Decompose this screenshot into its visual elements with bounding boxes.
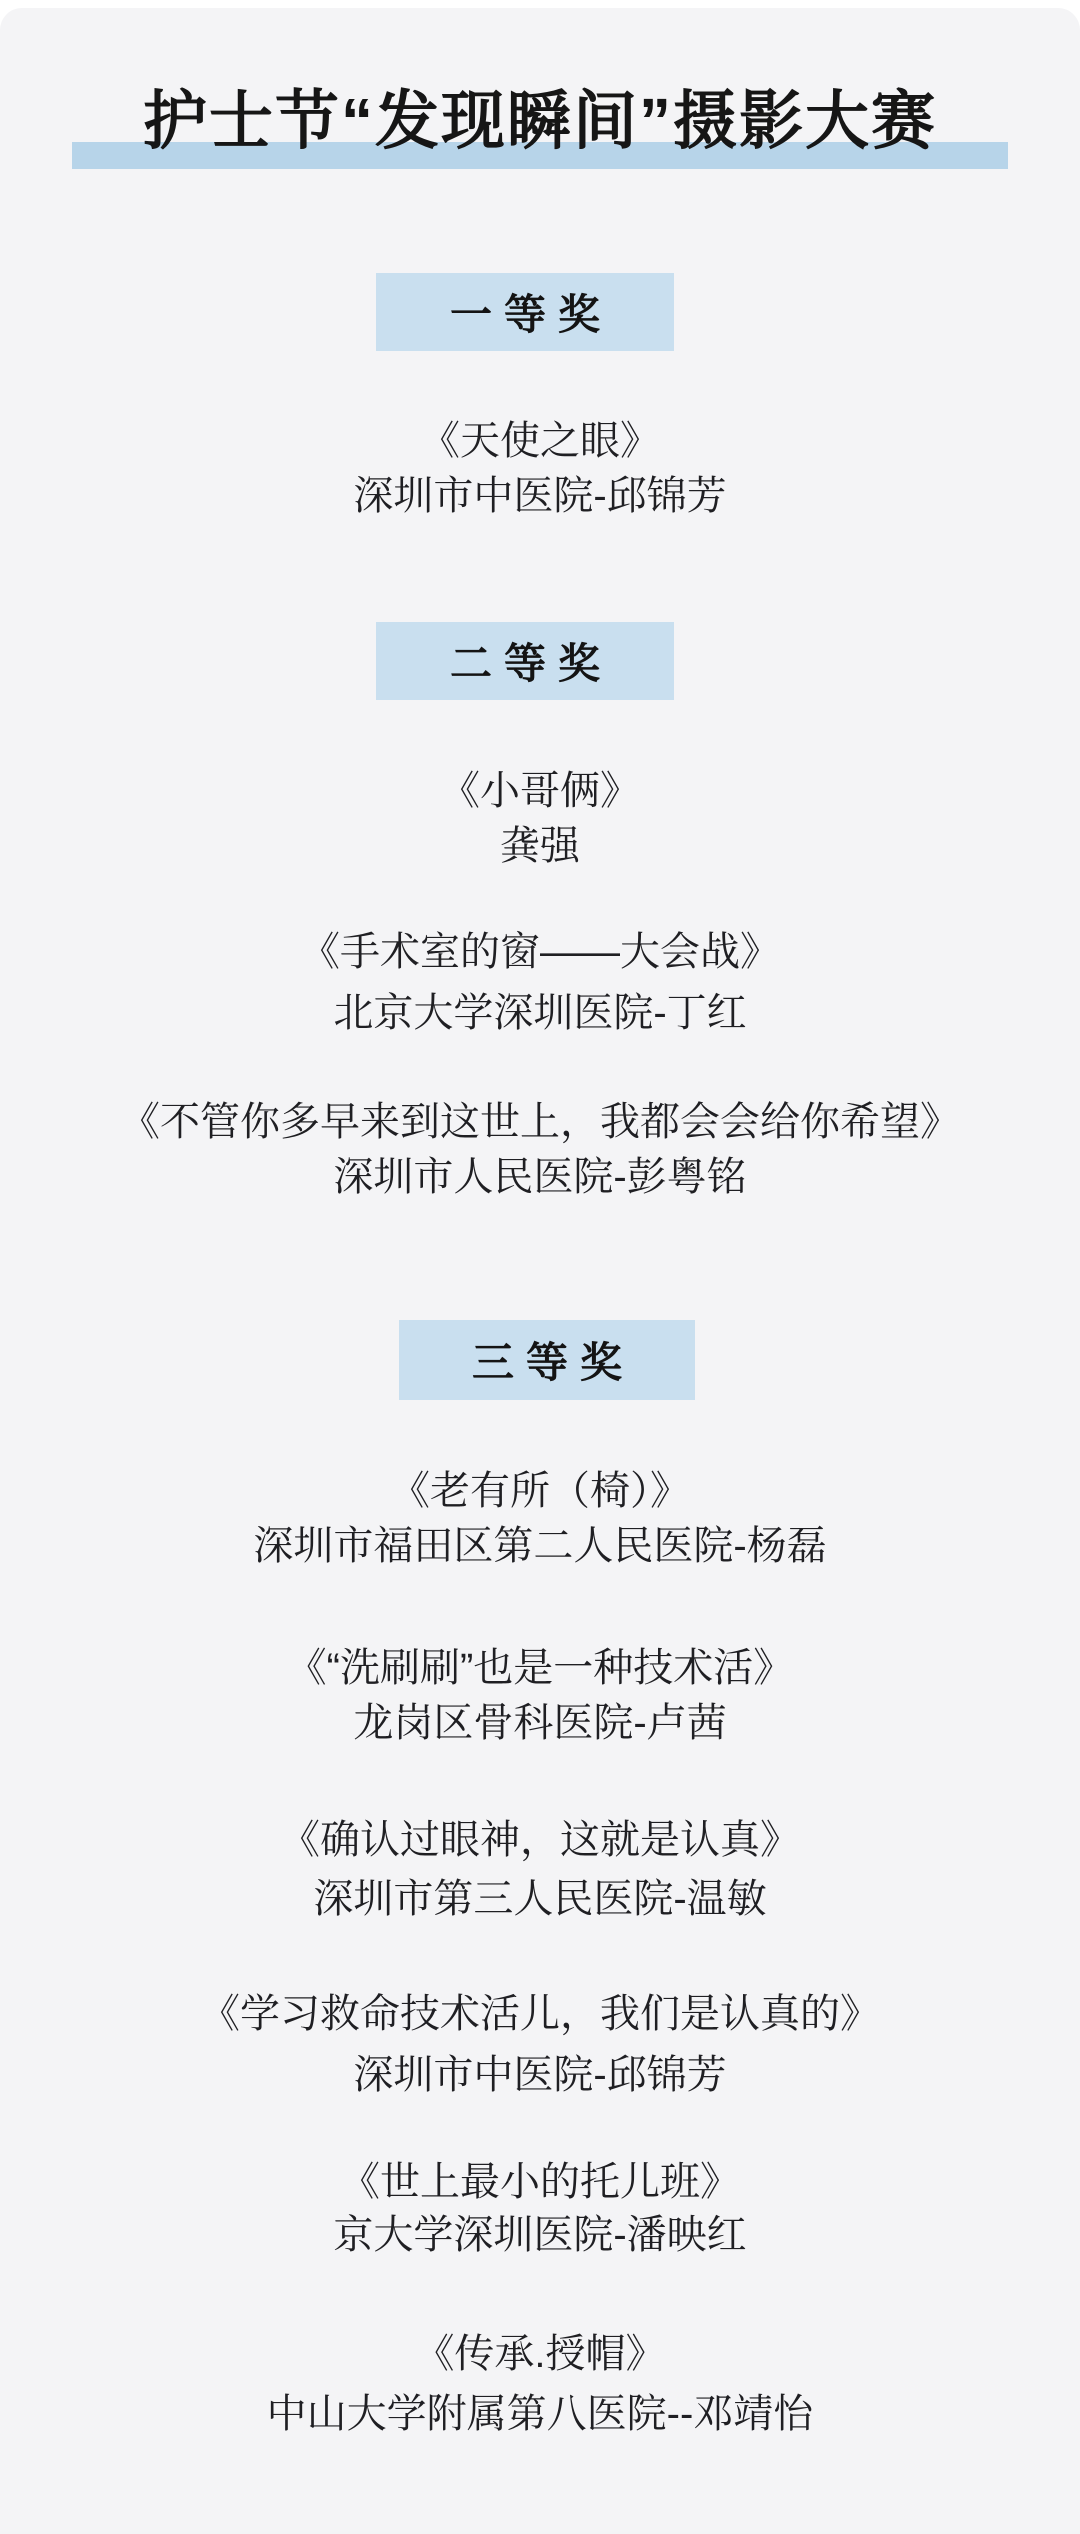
entry-title: 《小哥俩》 — [0, 763, 1080, 819]
entry-title: 《学习救命技术活儿，我们是认真的》 — [0, 1986, 1080, 2042]
entry-title: 《手术室的窗——大会战》 — [0, 924, 1080, 980]
entry-title: 《老有所（椅）》 — [0, 1463, 1080, 1519]
page-title: 护士节“发现瞬间”摄影大赛 — [0, 88, 1080, 155]
entry-author: 中山大学附属第八医院--邓靖怡 — [0, 2386, 1080, 2442]
prize-badge-second: 二等奖 — [376, 622, 674, 700]
entry-author: 深圳市第三人民医院-温敏 — [0, 1871, 1080, 1927]
entry-author: 深圳市中医院-邱锦芳 — [0, 468, 1080, 524]
award-announcement-page: 护士节“发现瞬间”摄影大赛 一等奖 《天使之眼》 深圳市中医院-邱锦芳 二等奖 … — [0, 0, 1080, 2534]
entry-author: 深圳市人民医院-彭粤铭 — [0, 1149, 1080, 1205]
entry-title: 《世上最小的托儿班》 — [0, 2154, 1080, 2210]
entry-title: 《传承.授帽》 — [0, 2326, 1080, 2382]
entry-author: 深圳市福田区第二人民医院-杨磊 — [0, 1518, 1080, 1574]
entry-author: 京大学深圳医院-潘映红 — [0, 2207, 1080, 2263]
entry-title: 《确认过眼神，这就是认真》 — [0, 1812, 1080, 1868]
entry-author: 龙岗区骨科医院-卢茜 — [0, 1695, 1080, 1751]
prize-badge-first: 一等奖 — [376, 273, 674, 351]
entry-author: 龚强 — [0, 818, 1080, 874]
prize-badge-third: 三等奖 — [399, 1320, 695, 1400]
entry-title: 《不管你多早来到这世上，我都会会给你希望》 — [0, 1094, 1080, 1150]
entry-author: 北京大学深圳医院-丁红 — [0, 985, 1080, 1041]
entry-title: 《“洗刷刷”也是一种技术活》 — [0, 1640, 1080, 1696]
entry-author: 深圳市中医院-邱锦芳 — [0, 2047, 1080, 2103]
entry-title: 《天使之眼》 — [0, 413, 1080, 469]
